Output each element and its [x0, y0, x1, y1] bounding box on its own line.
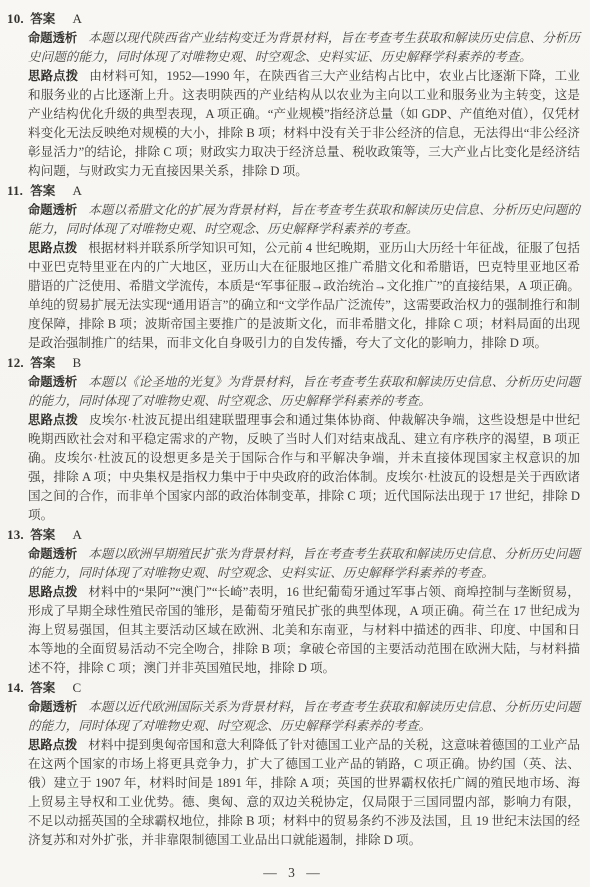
analysis-label: 命题透析	[28, 547, 77, 561]
hint-paragraph: 思路点拨材料中提到奥匈帝国和意大利降低了针对德国工业产品的关税，这意味着德国的工…	[28, 736, 580, 850]
answer-label: 答案	[30, 12, 55, 26]
answer-item-13: 13. 答案 A 命题透析本题以欧洲早期殖民扩张为背景材料，旨在考查考生获取和解…	[7, 525, 580, 678]
page-footer: — 3 —	[7, 865, 580, 881]
analysis-paragraph: 命题透析本题以欧洲早期殖民扩张为背景材料，旨在考查考生获取和解读历史信息、分析历…	[28, 545, 580, 583]
hint-label: 思路点拨	[28, 69, 78, 83]
answer-label: 答案	[30, 356, 55, 370]
hint-label: 思路点拨	[28, 585, 77, 599]
answer-line: 13. 答案 A	[7, 525, 580, 545]
hint-text: 皮埃尔·杜波瓦提出组建联盟理事会和通过集体协商、仲裁解决争端，这些设想是中世纪晚…	[28, 413, 580, 522]
question-number: 11.	[7, 181, 27, 200]
question-number: 12.	[7, 353, 27, 372]
analysis-text: 本题以希腊文化的扩展为背景材料，旨在考查考生获取和解读历史信息、分析历史问题的能…	[28, 203, 580, 236]
hint-paragraph: 思路点拨材料中的“果阿”“澳门”“长崎”表明，16 世纪葡萄牙通过军事占领、商埠…	[28, 583, 580, 678]
question-number: 10.	[7, 9, 27, 28]
question-number: 14.	[7, 678, 27, 697]
answer-value: B	[73, 355, 82, 370]
answer-value: A	[73, 11, 82, 26]
analysis-label: 命题透析	[28, 375, 77, 389]
answer-item-14: 14. 答案 C 命题透析本题以近代欧洲国际关系为背景材料，旨在考查考生获取和解…	[7, 678, 580, 850]
hint-label: 思路点拨	[28, 413, 78, 427]
hint-text: 材料中提到奥匈帝国和意大利降低了针对德国工业产品的关税，这意味着德国的工业产品在…	[28, 738, 580, 847]
hint-text: 根据材料并联系所学知识可知，公元前 4 世纪晚期，亚历山大历经十年征战，征服了包…	[28, 241, 580, 350]
analysis-label: 命题透析	[28, 203, 77, 217]
hint-label: 思路点拨	[28, 241, 77, 255]
answer-value: C	[73, 680, 82, 695]
analysis-text: 本题以欧洲早期殖民扩张为背景材料，旨在考查考生获取和解读历史信息、分析历史问题的…	[28, 547, 580, 580]
answer-item-10: 10. 答案 A 命题透析本题以现代陕西省产业结构变迁为背景材料，旨在考查考生获…	[7, 9, 580, 181]
analysis-text: 本题以现代陕西省产业结构变迁为背景材料，旨在考查考生获取和解读历史信息、分析历史…	[28, 31, 580, 64]
answer-line: 12. 答案 B	[7, 353, 580, 373]
hint-label: 思路点拨	[28, 738, 77, 752]
hint-text: 材料中的“果阿”“澳门”“长崎”表明，16 世纪葡萄牙通过军事占领、商埠控制与垄…	[28, 585, 580, 675]
analysis-paragraph: 命题透析本题以希腊文化的扩展为背景材料，旨在考查考生获取和解读历史信息、分析历史…	[28, 201, 580, 239]
answer-value: A	[73, 183, 82, 198]
hint-paragraph: 思路点拨皮埃尔·杜波瓦提出组建联盟理事会和通过集体协商、仲裁解决争端，这些设想是…	[28, 411, 580, 525]
answer-label: 答案	[30, 184, 55, 198]
answer-label: 答案	[30, 681, 55, 695]
analysis-text: 本题以近代欧洲国际关系为背景材料，旨在考查考生获取和解读历史信息、分析历史问题的…	[28, 700, 580, 733]
answer-item-12: 12. 答案 B 命题透析本题以《论圣地的光复》为背景材料，旨在考查考生获取和解…	[7, 353, 580, 525]
analysis-paragraph: 命题透析本题以近代欧洲国际关系为背景材料，旨在考查考生获取和解读历史信息、分析历…	[28, 698, 580, 736]
hint-text: 由材料可知，1952—1990 年，在陕西省三大产业结构占比中，农业占比逐渐下降…	[28, 69, 580, 178]
analysis-text: 本题以《论圣地的光复》为背景材料，旨在考查考生获取和解读历史信息、分析历史问题的…	[28, 375, 580, 408]
hint-paragraph: 思路点拨根据材料并联系所学知识可知，公元前 4 世纪晚期，亚历山大历经十年征战，…	[28, 239, 580, 353]
answer-line: 14. 答案 C	[7, 678, 580, 698]
answer-line: 10. 答案 A	[7, 9, 580, 29]
analysis-label: 命题透析	[28, 31, 77, 45]
analysis-paragraph: 命题透析本题以现代陕西省产业结构变迁为背景材料，旨在考查考生获取和解读历史信息、…	[28, 29, 580, 67]
question-number: 13.	[7, 525, 27, 544]
hint-paragraph: 思路点拨由材料可知，1952—1990 年，在陕西省三大产业结构占比中，农业占比…	[28, 67, 580, 181]
answer-line: 11. 答案 A	[7, 181, 580, 201]
answer-item-11: 11. 答案 A 命题透析本题以希腊文化的扩展为背景材料，旨在考查考生获取和解读…	[7, 181, 580, 353]
answer-value: A	[73, 527, 82, 542]
page-number: — 3 —	[263, 865, 324, 880]
analysis-paragraph: 命题透析本题以《论圣地的光复》为背景材料，旨在考查考生获取和解读历史信息、分析历…	[28, 373, 580, 411]
analysis-label: 命题透析	[28, 700, 77, 714]
answer-label: 答案	[30, 528, 55, 542]
answer-sheet-page: 10. 答案 A 命题透析本题以现代陕西省产业结构变迁为背景材料，旨在考查考生获…	[0, 0, 590, 887]
